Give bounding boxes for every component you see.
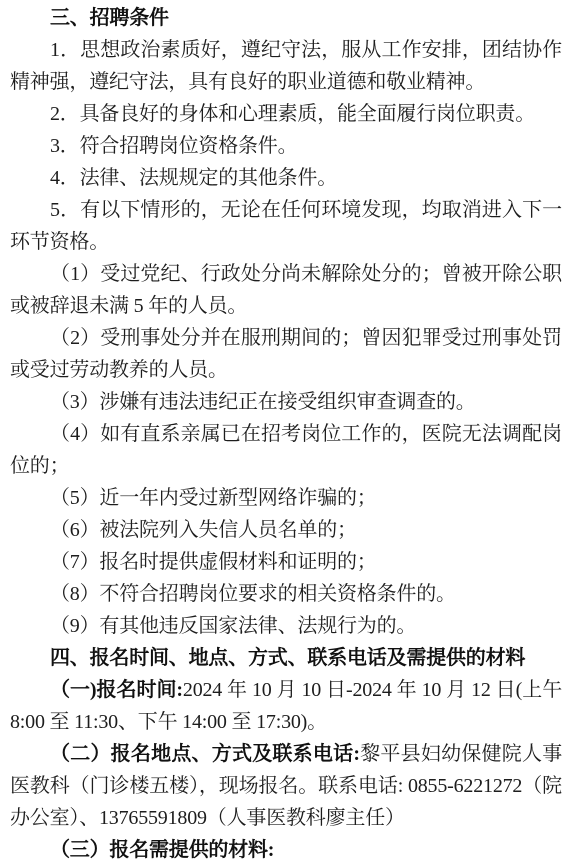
condition-item-4: 4．法律、法规规定的其他条件。	[10, 162, 562, 194]
document-page: 三、招聘条件 1．思想政治素质好，遵纪守法，服从工作安排，团结协作精神强，遵纪守…	[0, 0, 574, 860]
registration-location-paragraph: （二）报名地点、方式及联系电话:黎平县妇幼保健院人事医教科（门诊楼五楼），现场报…	[10, 738, 562, 834]
condition-item-5: 5．有以下情形的，无论在任何环境发现，均取消进入下一环节资格。	[10, 194, 562, 258]
materials-heading: （三）报名需提供的材料:	[10, 834, 562, 860]
section3-heading: 三、招聘条件	[10, 2, 562, 34]
disqualification-item-8: （8）不符合招聘岗位要求的相关资格条件的。	[10, 578, 562, 610]
disqualification-item-9: （9）有其他违反国家法律、法规行为的。	[10, 610, 562, 642]
disqualification-item-4: （4）如有直系亲属已在招考岗位工作的，医院无法调配岗位的；	[10, 418, 562, 482]
condition-item-3: 3．符合招聘岗位资格条件。	[10, 130, 562, 162]
disqualification-item-2: （2）受刑事处分并在服刑期间的；曾因犯罪受过刑事处罚或受过劳动教养的人员。	[10, 322, 562, 386]
disqualification-item-3: （3）涉嫌有违法违纪正在接受组织审查调查的。	[10, 386, 562, 418]
registration-time-paragraph: （一)报名时间:2024 年 10 月 10 日-2024 年 10 月 12 …	[10, 674, 562, 738]
section4-heading: 四、报名时间、地点、方式、联系电话及需提供的材料	[10, 642, 562, 674]
registration-time-label: （一)报名时间:	[50, 679, 183, 701]
condition-item-2: 2．具备良好的身体和心理素质，能全面履行岗位职责。	[10, 98, 562, 130]
disqualification-item-1: （1）受过党纪、行政处分尚未解除处分的；曾被开除公职或被辞退未满 5 年的人员。	[10, 258, 562, 322]
disqualification-item-6: （6）被法院列入失信人员名单的；	[10, 514, 562, 546]
registration-location-label: （二）报名地点、方式及联系电话:	[50, 743, 360, 765]
disqualification-item-7: （7）报名时提供虚假材料和证明的；	[10, 546, 562, 578]
disqualification-item-5: （5）近一年内受过新型网络诈骗的；	[10, 482, 562, 514]
condition-item-1: 1．思想政治素质好，遵纪守法，服从工作安排，团结协作精神强，遵纪守法，具有良好的…	[10, 34, 562, 98]
